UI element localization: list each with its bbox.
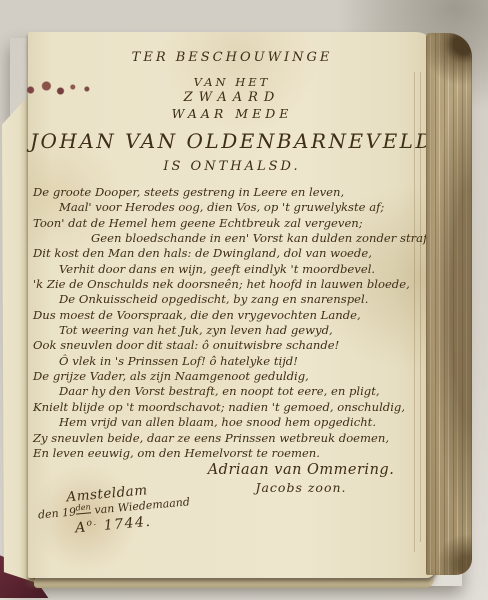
- poem-line: Geen bloedschande in een' Vorst kan duld…: [91, 231, 433, 246]
- poem-line: Daar hy den Vorst bestraft, en noopt tot…: [59, 384, 433, 399]
- title-line-1: TER BESCHOUWINGE: [28, 50, 436, 65]
- open-book: TER BESCHOUWINGE VAN HET ZWAARD WAAR MED…: [2, 28, 470, 588]
- poem-line: Dit kost den Man den hals: de Dwingland,…: [33, 246, 433, 261]
- poem-line: Tot weering van het Juk, zyn leven had g…: [59, 323, 433, 338]
- main-title: JOHAN VAN OLDENBARNEVELD: [28, 129, 436, 153]
- manuscript-page: TER BESCHOUWINGE VAN HET ZWAARD WAAR MED…: [28, 32, 436, 578]
- poem-line: Knielt blijde op 't moordschavot; nadien…: [33, 400, 433, 415]
- anno-year: 1744.: [97, 513, 152, 534]
- poem-line: Maal' voor Herodes oog, dien Vos, op 't …: [59, 200, 433, 215]
- poem: De groote Dooper, steets gestreng in Lee…: [33, 185, 433, 461]
- poem-line: De Onkuisscheid opgedischt, by zang en s…: [59, 292, 433, 307]
- poem-line: Ô vlek in 's Prinssen Lof! ô hatelyke ti…: [59, 354, 433, 369]
- poem-line: Toon' dat de Hemel hem geene Echtbreuk z…: [33, 216, 433, 231]
- poem-line: Ook sneuvlen door dit staal: ô onuitwisb…: [33, 338, 433, 353]
- photo-of-manuscript: TER BESCHOUWINGE VAN HET ZWAARD WAAR MED…: [0, 0, 488, 600]
- poem-line: Zy sneuvlen beide, daar ze eens Prinssen…: [33, 431, 433, 446]
- underlying-pages-edge: [34, 579, 434, 588]
- poem-line: De grijze Vader, als zijn Naamgenoot ged…: [33, 369, 433, 384]
- dateline-day-number: den 19: [37, 505, 76, 521]
- book-fore-edge: [426, 33, 472, 575]
- anno-superscript: o.: [86, 517, 98, 528]
- dateline-block: Amsteldam den 19den van Wiedemaand Ao. 1…: [36, 475, 229, 539]
- poem-line: De groote Dooper, steets gestreng in Lee…: [33, 185, 433, 200]
- poem-line: Verhit door dans en wijn, geeft eindlyk …: [59, 262, 433, 277]
- poem-line: 'k Zie de Onschulds nek doorsneên; het h…: [33, 277, 433, 292]
- dateline-day-ordinal: den: [75, 502, 91, 514]
- title-line-4: WAAR MEDE: [28, 106, 436, 121]
- binding-wear-specks: [20, 78, 108, 98]
- poem-line: Dus moest de Voorspraak, die den vrygevo…: [33, 308, 433, 323]
- poem-line: En leven eeuwig, om den Hemelvorst te ro…: [33, 446, 433, 461]
- poem-line: Hem vrijd van allen blaam, hoe snood hem…: [59, 415, 433, 430]
- main-title-sub: IS ONTHALSD.: [28, 159, 436, 174]
